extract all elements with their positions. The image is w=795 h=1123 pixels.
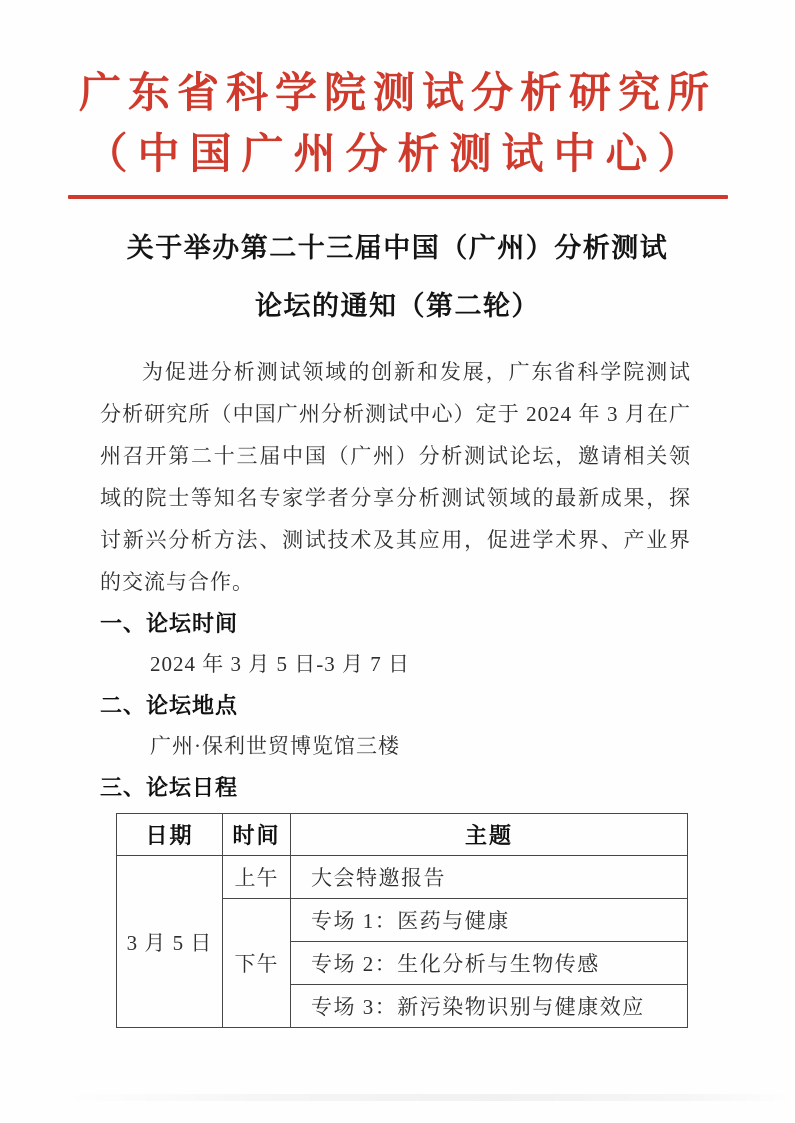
section-heading-schedule: 三、论坛日程: [100, 767, 691, 808]
letterhead-line1: 广东省科学院测试分析研究所: [0, 64, 795, 124]
intro-paragraph: 为促进分析测试领域的创新和发展，广东省科学院测试分析研究所（中国广州分析测试中心…: [100, 351, 691, 603]
column-header-date: 日期: [117, 814, 223, 856]
table-header-row: 日期 时间 主题: [117, 814, 688, 856]
cell-date: 3 月 5 日: [117, 856, 223, 1028]
cell-topic-session1: 专场 1：医药与健康: [291, 899, 688, 942]
section-forum-location: 二、论坛地点 广州·保利世贸博览馆三楼: [100, 685, 691, 767]
document-title-line2: 论坛的通知（第二轮）: [55, 277, 740, 335]
schedule-table: 日期 时间 主题 3 月 5 日 上午 大会特邀报告 下午 专场 1：医药与健康…: [116, 813, 688, 1028]
cell-time-morning: 上午: [223, 856, 291, 899]
letterhead-line2: （中国广州分析测试中心）: [0, 124, 795, 186]
letterhead-divider: [68, 195, 728, 199]
cell-time-afternoon: 下午: [223, 899, 291, 1028]
forum-time-value: 2024 年 3 月 5 日-3 月 7 日: [100, 644, 691, 685]
table-row: 3 月 5 日 上午 大会特邀报告: [117, 856, 688, 899]
document-title: 关于举办第二十三届中国（广州）分析测试 论坛的通知（第二轮）: [55, 219, 740, 335]
document-title-line1: 关于举办第二十三届中国（广州）分析测试: [55, 219, 740, 277]
document-page: 广东省科学院测试分析研究所 （中国广州分析测试中心） 关于举办第二十三届中国（广…: [0, 0, 795, 1123]
cell-topic-session2: 专场 2：生化分析与生物传感: [291, 942, 688, 985]
cell-topic-session3: 专场 3：新污染物识别与健康效应: [291, 985, 688, 1028]
section-heading-time: 一、论坛时间: [100, 603, 691, 644]
column-header-topic: 主题: [291, 814, 688, 856]
section-forum-schedule: 三、论坛日程: [100, 767, 691, 808]
document-body: 为促进分析测试领域的创新和发展，广东省科学院测试分析研究所（中国广州分析测试中心…: [100, 351, 691, 1028]
section-forum-time: 一、论坛时间 2024 年 3 月 5 日-3 月 7 日: [100, 603, 691, 685]
forum-location-value: 广州·保利世贸博览馆三楼: [100, 726, 691, 767]
letterhead: 广东省科学院测试分析研究所 （中国广州分析测试中心）: [0, 0, 795, 199]
cell-topic-plenary: 大会特邀报告: [291, 856, 688, 899]
scan-artifact: [60, 1094, 795, 1101]
section-heading-location: 二、论坛地点: [100, 685, 691, 726]
column-header-time: 时间: [223, 814, 291, 856]
